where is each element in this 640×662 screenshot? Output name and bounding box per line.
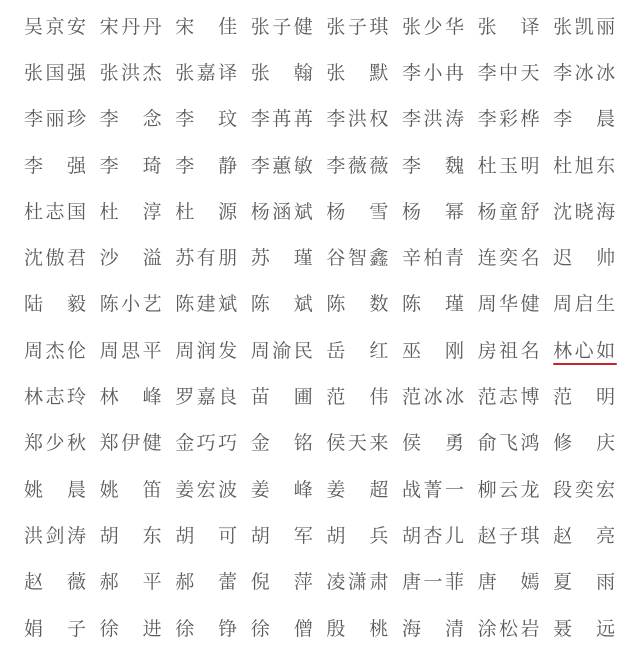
person-name: 徐进 (100, 620, 162, 639)
person-name: 李念 (100, 110, 162, 129)
name-cell: 海清 (402, 614, 478, 644)
name-cell: 赵子琪 (478, 521, 554, 551)
name-cell: 郑伊健 (100, 429, 176, 459)
person-name: 吴京安 (24, 18, 86, 37)
name-cell: 李洪涛 (402, 105, 478, 135)
name-cell: 段奕宏 (553, 475, 629, 505)
name-cell: 侯天来 (326, 429, 402, 459)
person-name: 张少华 (402, 18, 464, 37)
person-name: 胡军 (251, 527, 313, 546)
person-name: 胡东 (100, 527, 162, 546)
name-cell: 徐铮 (175, 614, 251, 644)
person-name: 张子琪 (326, 18, 388, 37)
person-name: 谷智鑫 (326, 249, 388, 268)
name-cell: 陆毅 (24, 290, 100, 320)
name-cell: 杨童舒 (478, 197, 554, 227)
name-cell: 徐进 (100, 614, 176, 644)
person-name: 杜旭东 (553, 157, 615, 176)
name-row: 李丽珍李念李玟李苒苒李洪权李洪涛李彩桦李晨 (24, 97, 624, 143)
person-name: 李小冉 (402, 64, 464, 83)
person-name: 胡兵 (326, 527, 388, 546)
name-cell: 杜旭东 (553, 151, 629, 181)
person-name: 姜宏波 (175, 481, 237, 500)
person-name: 赵子琪 (478, 527, 540, 546)
name-cell: 周启生 (553, 290, 629, 320)
person-name: 李晨 (553, 110, 615, 129)
name-cell: 胡东 (100, 521, 176, 551)
name-cell: 张少华 (402, 12, 478, 42)
name-row: 李强李琦李静李蕙敏李薇薇李魏杜玉明杜旭东 (24, 143, 624, 189)
person-name: 姚笛 (100, 481, 162, 500)
name-cell: 范冰冰 (402, 383, 478, 413)
person-name: 苏有朋 (175, 249, 237, 268)
name-cell: 陈建斌 (175, 290, 251, 320)
person-name: 侯勇 (402, 434, 464, 453)
name-cell: 李中天 (478, 58, 554, 88)
person-name: 金巧巧 (175, 434, 237, 453)
name-cell: 房祖名 (478, 336, 554, 366)
name-cell: 李蕙敏 (251, 151, 327, 181)
name-row: 姚晨姚笛姜宏波姜峰姜超战菁一柳云龙段奕宏 (24, 467, 624, 513)
name-cell: 范明 (553, 383, 629, 413)
name-cell: 苗圃 (251, 383, 327, 413)
person-name: 胡杏儿 (402, 527, 464, 546)
name-cell: 杜志国 (24, 197, 100, 227)
name-row: 陆毅陈小艺陈建斌陈斌陈数陈瑾周华健周启生 (24, 282, 624, 328)
name-row: 郑少秋郑伊健金巧巧金铭侯天来侯勇俞飞鸿修庆 (24, 421, 624, 467)
name-cell: 杜源 (175, 197, 251, 227)
person-name: 修庆 (553, 434, 615, 453)
person-name: 宋丹丹 (100, 18, 162, 37)
person-name: 李丽珍 (24, 110, 86, 129)
name-row: 林志玲林峰罗嘉良苗圃范伟范冰冰范志博范明 (24, 374, 624, 420)
person-name: 侯天来 (326, 434, 388, 453)
person-name: 杜志国 (24, 203, 86, 222)
person-name: 杨童舒 (478, 203, 540, 222)
name-cell: 胡兵 (326, 521, 402, 551)
name-cell: 李玟 (175, 105, 251, 135)
name-cell: 李薇薇 (326, 151, 402, 181)
person-name: 李薇薇 (326, 157, 388, 176)
person-name: 杜玉明 (478, 157, 540, 176)
person-name: 金铭 (251, 434, 313, 453)
name-cell: 张洪杰 (100, 58, 176, 88)
name-cell: 连奕名 (478, 244, 554, 274)
name-cell: 涂松岩 (478, 614, 554, 644)
person-name: 张凯丽 (553, 18, 615, 37)
person-name: 姚晨 (24, 481, 86, 500)
name-cell: 迟帅 (553, 244, 629, 274)
name-cell: 沙溢 (100, 244, 176, 274)
person-name: 巫刚 (402, 342, 464, 361)
person-name: 李强 (24, 157, 86, 176)
name-cell: 李丽珍 (24, 105, 100, 135)
person-name: 杨涵斌 (251, 203, 313, 222)
name-cell: 杨幂 (402, 197, 478, 227)
name-cell: 姜峰 (251, 475, 327, 505)
person-name: 周思平 (100, 342, 162, 361)
person-name: 沙溢 (100, 249, 162, 268)
person-name: 范志博 (478, 388, 540, 407)
person-name: 徐僧 (251, 620, 313, 639)
person-name: 李静 (175, 157, 237, 176)
person-name: 郑伊健 (100, 434, 162, 453)
name-cell: 夏雨 (553, 568, 629, 598)
name-cell: 唐一菲 (402, 568, 478, 598)
name-cell: 洪剑涛 (24, 521, 100, 551)
name-row: 沈傲君沙溢苏有朋苏瑾谷智鑫辛柏青连奕名迟帅 (24, 235, 624, 281)
person-name: 房祖名 (478, 342, 540, 361)
person-name: 陆毅 (24, 295, 86, 314)
person-name: 娟子 (24, 620, 86, 639)
person-name: 杨雪 (326, 203, 388, 222)
name-cell: 杨雪 (326, 197, 402, 227)
person-name: 陈小艺 (100, 295, 162, 314)
person-name: 林志玲 (24, 388, 86, 407)
person-name: 范伟 (326, 388, 388, 407)
name-cell: 罗嘉良 (175, 383, 251, 413)
person-name: 唐一菲 (402, 573, 464, 592)
person-name: 李彩桦 (478, 110, 540, 129)
name-cell: 宋丹丹 (100, 12, 176, 42)
person-name: 苏瑾 (251, 249, 313, 268)
name-cell: 李彩桦 (478, 105, 554, 135)
name-row: 杜志国杜淳杜源杨涵斌杨雪杨幂杨童舒沈晓海 (24, 189, 624, 235)
name-cell: 周杰伦 (24, 336, 100, 366)
name-cell: 修庆 (553, 429, 629, 459)
person-name: 周渝民 (251, 342, 313, 361)
name-cell: 周华健 (478, 290, 554, 320)
name-cell: 姜宏波 (175, 475, 251, 505)
name-cell: 郝蕾 (175, 568, 251, 598)
name-cell: 苏有朋 (175, 244, 251, 274)
person-name: 沈傲君 (24, 249, 86, 268)
person-name: 周启生 (553, 295, 615, 314)
name-cell: 苏瑾 (251, 244, 327, 274)
name-cell: 李念 (100, 105, 176, 135)
person-name: 徐铮 (175, 620, 237, 639)
name-cell: 林峰 (100, 383, 176, 413)
name-cell: 李洪权 (326, 105, 402, 135)
person-name: 李洪涛 (402, 110, 464, 129)
person-name: 陈建斌 (175, 295, 237, 314)
name-cell: 李强 (24, 151, 100, 181)
highlight-underline (553, 363, 617, 365)
name-cell: 金铭 (251, 429, 327, 459)
name-cell: 林志玲 (24, 383, 100, 413)
person-name: 杨幂 (402, 203, 464, 222)
person-name: 张翰 (251, 64, 313, 83)
person-name: 连奕名 (478, 249, 540, 268)
person-name: 张嘉译 (175, 64, 237, 83)
name-cell: 范伟 (326, 383, 402, 413)
name-grid: 吴京安宋丹丹宋佳张子健张子琪张少华张译张凯丽张国强张洪杰张嘉译张翰张默李小冉李中… (24, 4, 624, 652)
person-name: 范明 (553, 388, 615, 407)
name-cell: 李冰冰 (553, 58, 629, 88)
name-cell: 柳云龙 (478, 475, 554, 505)
name-cell: 唐嫣 (478, 568, 554, 598)
name-cell: 林心如 (553, 336, 629, 366)
person-name: 周润发 (175, 342, 237, 361)
name-cell: 李小冉 (402, 58, 478, 88)
name-cell: 李魏 (402, 151, 478, 181)
name-cell: 凌潇肃 (326, 568, 402, 598)
person-name: 聂远 (553, 620, 615, 639)
name-cell: 张子琪 (326, 12, 402, 42)
person-name: 姜超 (326, 481, 388, 500)
person-name: 李洪权 (326, 110, 388, 129)
person-name: 辛柏青 (402, 249, 464, 268)
name-cell: 姚晨 (24, 475, 100, 505)
person-name: 李琦 (100, 157, 162, 176)
person-name: 李蕙敏 (251, 157, 313, 176)
name-cell: 胡可 (175, 521, 251, 551)
person-name: 俞飞鸿 (478, 434, 540, 453)
name-cell: 辛柏青 (402, 244, 478, 274)
name-cell: 杜玉明 (478, 151, 554, 181)
name-cell: 金巧巧 (175, 429, 251, 459)
person-name: 郝平 (100, 573, 162, 592)
person-name: 林峰 (100, 388, 162, 407)
name-cell: 俞飞鸿 (478, 429, 554, 459)
name-cell: 范志博 (478, 383, 554, 413)
person-name: 李苒苒 (251, 110, 313, 129)
person-name: 赵亮 (553, 527, 615, 546)
name-cell: 胡军 (251, 521, 327, 551)
person-name: 张子健 (251, 18, 313, 37)
person-name: 陈斌 (251, 295, 313, 314)
name-cell: 沈傲君 (24, 244, 100, 274)
name-cell: 张国强 (24, 58, 100, 88)
name-cell: 宋佳 (175, 12, 251, 42)
name-cell: 张翰 (251, 58, 327, 88)
name-cell: 赵薇 (24, 568, 100, 598)
person-name: 周华健 (478, 295, 540, 314)
person-name: 沈晓海 (553, 203, 615, 222)
person-name: 倪萍 (251, 573, 313, 592)
name-cell: 沈晓海 (553, 197, 629, 227)
person-name: 海清 (402, 620, 464, 639)
name-cell: 张嘉译 (175, 58, 251, 88)
person-name: 李冰冰 (553, 64, 615, 83)
person-name: 张洪杰 (100, 64, 162, 83)
person-name: 胡可 (175, 527, 237, 546)
name-cell: 李晨 (553, 105, 629, 135)
name-cell: 陈小艺 (100, 290, 176, 320)
name-cell: 殷桃 (326, 614, 402, 644)
name-cell: 姜超 (326, 475, 402, 505)
name-cell: 陈数 (326, 290, 402, 320)
name-cell: 侯勇 (402, 429, 478, 459)
person-name: 战菁一 (402, 481, 464, 500)
name-cell: 周润发 (175, 336, 251, 366)
name-cell: 周渝民 (251, 336, 327, 366)
person-name: 张国强 (24, 64, 86, 83)
person-name: 罗嘉良 (175, 388, 237, 407)
name-cell: 张凯丽 (553, 12, 629, 42)
person-name: 唐嫣 (478, 573, 540, 592)
name-cell: 胡杏儿 (402, 521, 478, 551)
name-cell: 陈瑾 (402, 290, 478, 320)
name-cell: 倪萍 (251, 568, 327, 598)
person-name: 郝蕾 (175, 573, 237, 592)
name-cell: 陈斌 (251, 290, 327, 320)
name-cell: 周思平 (100, 336, 176, 366)
name-cell: 赵亮 (553, 521, 629, 551)
person-name: 夏雨 (553, 573, 615, 592)
name-row: 娟子徐进徐铮徐僧殷桃海清涂松岩聂远 (24, 606, 624, 652)
name-cell: 战菁一 (402, 475, 478, 505)
person-name: 洪剑涛 (24, 527, 86, 546)
name-cell: 杨涵斌 (251, 197, 327, 227)
person-name: 张译 (478, 18, 540, 37)
person-name: 殷桃 (326, 620, 388, 639)
name-cell: 张默 (326, 58, 402, 88)
person-name: 周杰伦 (24, 342, 86, 361)
person-name: 柳云龙 (478, 481, 540, 500)
person-name: 张默 (326, 64, 388, 83)
name-cell: 娟子 (24, 614, 100, 644)
person-name: 涂松岩 (478, 620, 540, 639)
name-cell: 姚笛 (100, 475, 176, 505)
name-row: 周杰伦周思平周润发周渝民岳红巫刚房祖名林心如 (24, 328, 624, 374)
person-name: 陈瑾 (402, 295, 464, 314)
name-row: 赵薇郝平郝蕾倪萍凌潇肃唐一菲唐嫣夏雨 (24, 560, 624, 606)
name-cell: 张译 (478, 12, 554, 42)
name-cell: 李苒苒 (251, 105, 327, 135)
person-name: 凌潇肃 (326, 573, 388, 592)
person-name: 陈数 (326, 295, 388, 314)
person-name: 姜峰 (251, 481, 313, 500)
person-name: 宋佳 (175, 18, 237, 37)
name-cell: 吴京安 (24, 12, 100, 42)
person-name: 赵薇 (24, 573, 86, 592)
name-cell: 杜淳 (100, 197, 176, 227)
name-row: 洪剑涛胡东胡可胡军胡兵胡杏儿赵子琪赵亮 (24, 513, 624, 559)
name-cell: 谷智鑫 (326, 244, 402, 274)
name-cell: 张子健 (251, 12, 327, 42)
person-name: 李魏 (402, 157, 464, 176)
person-name: 苗圃 (251, 388, 313, 407)
person-name: 岳红 (326, 342, 388, 361)
person-name: 迟帅 (553, 249, 615, 268)
name-row: 吴京安宋丹丹宋佳张子健张子琪张少华张译张凯丽 (24, 4, 624, 50)
person-name: 李中天 (478, 64, 540, 83)
name-cell: 徐僧 (251, 614, 327, 644)
name-cell: 李静 (175, 151, 251, 181)
name-cell: 巫刚 (402, 336, 478, 366)
person-name: 范冰冰 (402, 388, 464, 407)
person-name: 林心如 (553, 342, 615, 361)
name-row: 张国强张洪杰张嘉译张翰张默李小冉李中天李冰冰 (24, 50, 624, 96)
person-name: 李玟 (175, 110, 237, 129)
name-cell: 郑少秋 (24, 429, 100, 459)
person-name: 郑少秋 (24, 434, 86, 453)
person-name: 杜源 (175, 203, 237, 222)
person-name: 段奕宏 (553, 481, 615, 500)
name-cell: 岳红 (326, 336, 402, 366)
name-cell: 李琦 (100, 151, 176, 181)
name-cell: 郝平 (100, 568, 176, 598)
name-cell: 聂远 (553, 614, 629, 644)
person-name: 杜淳 (100, 203, 162, 222)
